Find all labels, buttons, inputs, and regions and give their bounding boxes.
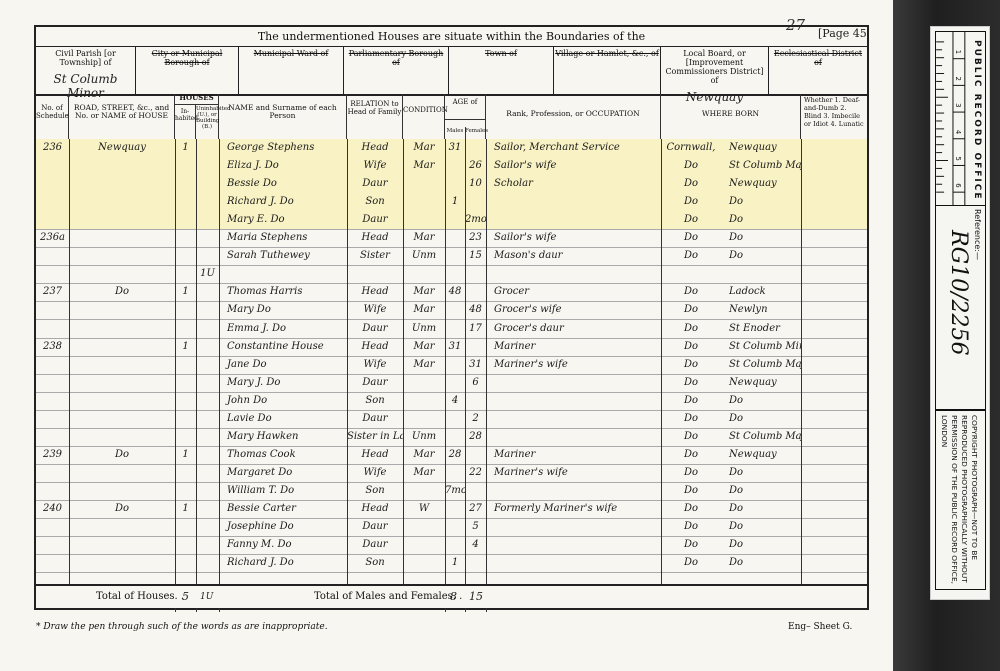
cell-occupation: Grocer's wife: [486, 301, 661, 319]
cell-occupation: [486, 554, 661, 572]
cell-female: [465, 338, 486, 356]
cell-place: Do: [721, 500, 801, 518]
cell-male: 31: [445, 139, 465, 157]
table-row: Lavie DoDaur2DoDo: [36, 410, 867, 429]
town-label: Town of: [449, 46, 553, 58]
cell-inh: 1: [175, 446, 196, 464]
cell-unin: [196, 157, 219, 175]
cell-unin: [196, 554, 219, 572]
cell-schedule: [36, 356, 69, 374]
table-row: Fanny M. DoDaur4DoDo: [36, 536, 867, 555]
cell-place: Newquay: [721, 446, 801, 464]
cell-male: 1: [445, 554, 465, 572]
cell-relation: Head: [347, 446, 403, 464]
cell-condition: Mar: [403, 283, 445, 301]
cell-county: Do: [661, 554, 721, 572]
cell-road: [69, 338, 175, 356]
divider: [196, 139, 197, 612]
copyright-notice: COPYRIGHT PHOTOGRAPH—NOT TO BE REPRODUCE…: [939, 415, 979, 585]
cell-name: Jane Do: [219, 356, 347, 374]
cell-schedule: 240: [36, 500, 69, 518]
cell-place: Do: [721, 410, 801, 428]
cell-male: [445, 229, 465, 247]
col-name: NAME and Surname of each Person: [219, 94, 347, 139]
cell-road: [69, 518, 175, 536]
cell-condition: Mar: [403, 446, 445, 464]
town-cell: Town of: [449, 46, 554, 94]
cell-unin: [196, 283, 219, 301]
cell-place: St Enoder: [721, 320, 801, 338]
col-occupation: Rank, Profession, or OCCUPATION: [486, 94, 661, 139]
cell-name: Mary J. Do: [219, 374, 347, 392]
svg-text:6: 6: [954, 183, 962, 187]
divider: [445, 139, 446, 612]
cell-female: 17: [465, 320, 486, 338]
cell-relation: Son: [347, 482, 403, 500]
cell-place: Do: [721, 392, 801, 410]
cell-schedule: 239: [36, 446, 69, 464]
cell-road: [69, 428, 175, 446]
cell-relation: Daur: [347, 410, 403, 428]
cell-relation: Wife: [347, 157, 403, 175]
cell-place: Newquay: [721, 175, 801, 193]
copyright-box: COPYRIGHT PHOTOGRAPH—NOT TO BE REPRODUCE…: [935, 410, 986, 590]
table-row: Bessie DoDaur10ScholarDoNewquay: [36, 175, 867, 194]
cell-condition: [403, 374, 445, 392]
reference-box: Reference:— RG10/2256: [935, 205, 986, 410]
cell-unin: 1U: [196, 265, 219, 283]
cell-relation: Sister in Law: [347, 428, 403, 446]
cell-place: Newquay: [721, 139, 801, 157]
cell-relation: Head: [347, 139, 403, 157]
cell-condition: [403, 410, 445, 428]
cell-male: [445, 536, 465, 554]
cell-male: [445, 410, 465, 428]
reference-label: Reference:—: [973, 209, 982, 260]
cell-condition: [403, 211, 445, 229]
cell-county: Do: [661, 464, 721, 482]
table-row: Richard J. DoSon1DoDo: [36, 193, 867, 212]
cell-condition: [403, 193, 445, 211]
table-row: Mary HawkenSister in LawUnm28DoSt Columb…: [36, 428, 867, 447]
cell-inh: [175, 518, 196, 536]
cell-name: Richard J. Do: [219, 193, 347, 211]
parliamentary-borough-cell: Parliamentary Borough of: [344, 46, 449, 94]
cell-condition: Mar: [403, 139, 445, 157]
cell-schedule: [36, 320, 69, 338]
table-row: Eliza J. DoWifeMar26Sailor's wifeDoSt Co…: [36, 157, 867, 176]
cell-unin: [196, 356, 219, 374]
cell-place: Do: [721, 229, 801, 247]
table-row: Josephine DoDaur5DoDo: [36, 518, 867, 537]
divider: [69, 139, 70, 590]
table-row: Jane DoWifeMar31Mariner's wifeDoSt Colum…: [36, 356, 867, 375]
cell-male: [445, 175, 465, 193]
cell-condition: Mar: [403, 356, 445, 374]
cell-condition: Unm: [403, 428, 445, 446]
cell-inh: [175, 211, 196, 229]
cell-male: [445, 500, 465, 518]
cell-place: Do: [721, 247, 801, 265]
village-label: Village or Hamlet, &c., of: [554, 46, 660, 58]
cell-male: [445, 428, 465, 446]
cell-relation: Wife: [347, 464, 403, 482]
cell-inh: [175, 356, 196, 374]
col-condition: CONDITION: [403, 94, 445, 139]
cell-road: [69, 247, 175, 265]
cell-unin: [196, 229, 219, 247]
table-row: 237Do1Thomas HarrisHeadMar48GrocerDoLado…: [36, 283, 867, 302]
cell-occupation: Grocer: [486, 283, 661, 301]
table-row: Emma J. DoDaurUnm17Grocer's daurDoSt Eno…: [36, 320, 867, 339]
table-row: Mary E. DoDaur2moDoDo: [36, 211, 867, 230]
cell-road: [69, 320, 175, 338]
cell-name: Richard J. Do: [219, 554, 347, 572]
females-label: Females: [465, 127, 486, 139]
cell-county: Do: [661, 229, 721, 247]
cell-place: St Columb Major: [721, 356, 801, 374]
cell-inh: [175, 175, 196, 193]
table-row: Mary DoWifeMar48Grocer's wifeDoNewlyn: [36, 301, 867, 320]
uninhabited-label: Uninhabited (U.), or Building (B.): [196, 105, 218, 140]
cell-inh: [175, 392, 196, 410]
cell-schedule: 236: [36, 139, 69, 157]
cell-unin: [196, 139, 219, 157]
cell-name: Mary Do: [219, 301, 347, 319]
cell-name: Thomas Harris: [219, 283, 347, 301]
cell-name: Emma J. Do: [219, 320, 347, 338]
cell-female: 23: [465, 229, 486, 247]
cell-schedule: [36, 464, 69, 482]
cell-female: [465, 283, 486, 301]
cell-male: 28: [445, 446, 465, 464]
table-row: 236Newquay1George StephensHeadMar31Sailo…: [36, 139, 867, 158]
cell-female: [465, 139, 486, 157]
cell-inh: [175, 320, 196, 338]
cell-inh: [175, 229, 196, 247]
svg-text:3: 3: [954, 103, 962, 107]
cell-schedule: [36, 193, 69, 211]
cell-occupation: [486, 265, 661, 283]
total-males: 8: [450, 586, 457, 608]
public-record-office-strip: 1 2 3 4 5 6 PUBLIC RECORD OFFICE Referen…: [930, 26, 990, 600]
cell-county: Do: [661, 500, 721, 518]
cell-road: [69, 536, 175, 554]
divider: [175, 139, 176, 612]
cell-unin: [196, 500, 219, 518]
borough-label: City or Municipal Borough of: [136, 46, 238, 67]
cell-county: Do: [661, 518, 721, 536]
cell-unin: [196, 428, 219, 446]
col-schedule: No. of Schedule: [36, 94, 69, 139]
cell-county: Do: [661, 410, 721, 428]
cell-occupation: [486, 482, 661, 500]
cell-condition: Unm: [403, 247, 445, 265]
cell-female: [465, 265, 486, 283]
cell-unin: [196, 247, 219, 265]
cell-road: [69, 464, 175, 482]
ward-label: Municipal Ward of: [239, 46, 343, 58]
cell-place: St Columb Major: [721, 428, 801, 446]
cell-unin: [196, 482, 219, 500]
cell-unin: [196, 518, 219, 536]
total-females: 15: [469, 586, 483, 608]
cell-male: [445, 211, 465, 229]
cell-name: John Do: [219, 392, 347, 410]
cell-county: Do: [661, 157, 721, 175]
cell-unin: [196, 338, 219, 356]
cell-place: Newlyn: [721, 301, 801, 319]
cell-schedule: [36, 554, 69, 572]
cell-relation: Daur: [347, 320, 403, 338]
cell-schedule: 238: [36, 338, 69, 356]
total-houses-label: Total of Houses. .: [96, 586, 184, 608]
cell-county: [661, 265, 721, 283]
cell-inh: [175, 157, 196, 175]
col-age: AGE of Males Females: [445, 94, 486, 139]
cell-female: 2: [465, 410, 486, 428]
divider: [801, 139, 802, 590]
cell-condition: W: [403, 500, 445, 518]
cell-county: Do: [661, 193, 721, 211]
cell-schedule: 236a: [36, 229, 69, 247]
cell-road: [69, 193, 175, 211]
cell-occupation: Mariner's wife: [486, 356, 661, 374]
total-houses-inhabited: 5: [182, 586, 189, 608]
cell-name: Thomas Cook: [219, 446, 347, 464]
cell-inh: [175, 428, 196, 446]
cell-name: Bessie Do: [219, 175, 347, 193]
cell-female: 48: [465, 301, 486, 319]
cell-schedule: [36, 536, 69, 554]
census-page: 27 [Page 45 The undermentioned Houses ar…: [0, 0, 893, 671]
cell-county: Do: [661, 356, 721, 374]
total-houses-uninhabited: 1U: [200, 586, 213, 608]
cell-place: [721, 265, 801, 283]
reference-value: RG10/2256: [946, 230, 971, 356]
cell-occupation: Formerly Mariner's wife: [486, 500, 661, 518]
cell-road: [69, 265, 175, 283]
table-row: 239Do1Thomas CookHeadMar28MarinerDoNewqu…: [36, 446, 867, 465]
cell-occupation: [486, 193, 661, 211]
cell-unin: [196, 446, 219, 464]
civil-parish-cell: Civil Parish [or Township] of St Columb …: [36, 46, 136, 94]
cell-female: [465, 446, 486, 464]
boundary-banner: The undermentioned Houses are situate wi…: [36, 27, 867, 47]
cell-inh: [175, 301, 196, 319]
divider: [465, 139, 466, 612]
cell-schedule: [36, 392, 69, 410]
ruler-box: 1 2 3 4 5 6 PUBLIC RECORD OFFICE: [935, 31, 986, 206]
cell-name: Sarah Tuthewey: [219, 247, 347, 265]
cell-name: Constantine House: [219, 338, 347, 356]
males-label: Males: [445, 127, 466, 139]
col-where-born: WHERE BORN: [661, 94, 801, 139]
cell-unin: [196, 320, 219, 338]
parliamentary-borough-label: Parliamentary Borough of: [344, 46, 448, 67]
inhabited-label: In-habited: [175, 105, 196, 139]
cell-inh: 1: [175, 338, 196, 356]
table-row: Sarah TutheweySisterUnm15Mason's daurDoD…: [36, 247, 867, 266]
cell-male: 31: [445, 338, 465, 356]
cell-occupation: [486, 518, 661, 536]
cell-name: [219, 265, 347, 283]
cell-county: Do: [661, 211, 721, 229]
cell-relation: Daur: [347, 175, 403, 193]
census-rows: 236Newquay1George StephensHeadMar31Sailo…: [36, 139, 867, 591]
cell-name: William T. Do: [219, 482, 347, 500]
cell-inh: [175, 554, 196, 572]
cell-female: [465, 193, 486, 211]
cell-road: [69, 392, 175, 410]
cell-road: [69, 356, 175, 374]
cell-road: [69, 229, 175, 247]
cell-female: 31: [465, 356, 486, 374]
cell-road: Newquay: [69, 139, 175, 157]
cell-occupation: [486, 211, 661, 229]
cell-county: Do: [661, 320, 721, 338]
cell-unin: [196, 410, 219, 428]
cell-male: [445, 247, 465, 265]
cell-county: Do: [661, 428, 721, 446]
cell-county: Do: [661, 446, 721, 464]
table-row: William T. DoSon7moDoDo: [36, 482, 867, 501]
cell-place: St Columb Major: [721, 157, 801, 175]
cell-schedule: [36, 374, 69, 392]
cell-county: Do: [661, 374, 721, 392]
cell-inh: 1: [175, 283, 196, 301]
cell-inh: [175, 464, 196, 482]
cell-male: [445, 518, 465, 536]
cell-condition: [403, 392, 445, 410]
cell-occupation: [486, 374, 661, 392]
cell-county: Do: [661, 301, 721, 319]
cell-unin: [196, 464, 219, 482]
cell-road: [69, 554, 175, 572]
civil-parish-label: Civil Parish [or Township] of: [36, 46, 135, 67]
cell-name: Margaret Do: [219, 464, 347, 482]
houses-label: HOUSES: [175, 94, 218, 105]
ward-cell: Municipal Ward of: [239, 46, 344, 94]
cell-county: Do: [661, 175, 721, 193]
cell-inh: [175, 536, 196, 554]
divider: [219, 139, 220, 612]
cell-male: 48: [445, 283, 465, 301]
cell-relation: Daur: [347, 536, 403, 554]
cell-schedule: [36, 157, 69, 175]
cell-female: [465, 554, 486, 572]
svg-text:1: 1: [954, 50, 962, 54]
cell-place: Do: [721, 536, 801, 554]
cell-condition: [403, 536, 445, 554]
cell-condition: Mar: [403, 157, 445, 175]
cell-condition: [403, 518, 445, 536]
cell-male: [445, 157, 465, 175]
cell-inh: [175, 247, 196, 265]
cell-county: Do: [661, 536, 721, 554]
cell-occupation: Mason's daur: [486, 247, 661, 265]
cell-name: Bessie Carter: [219, 500, 347, 518]
cell-female: 15: [465, 247, 486, 265]
cell-female: 10: [465, 175, 486, 193]
cell-condition: Mar: [403, 464, 445, 482]
cell-inh: 1: [175, 139, 196, 157]
cell-place: Do: [721, 464, 801, 482]
sheet-code: Eng– Sheet G.: [788, 622, 852, 632]
cell-place: Do: [721, 554, 801, 572]
cell-unin: [196, 211, 219, 229]
cell-unin: [196, 175, 219, 193]
cell-female: 26: [465, 157, 486, 175]
cell-relation: Daur: [347, 211, 403, 229]
cell-name: Mary Hawken: [219, 428, 347, 446]
col-road: ROAD, STREET, &c., and No. or NAME of HO…: [69, 94, 175, 139]
cell-condition: Mar: [403, 229, 445, 247]
cell-male: [445, 320, 465, 338]
cell-unin: [196, 392, 219, 410]
cell-occupation: [486, 428, 661, 446]
cell-relation: Daur: [347, 518, 403, 536]
table-row: 2381Constantine HouseHeadMar31MarinerDoS…: [36, 338, 867, 357]
ecclesiastical-cell: Ecclesiastical District of: [769, 46, 867, 94]
cell-female: 2mo: [465, 211, 486, 229]
cell-male: [445, 356, 465, 374]
cell-male: 7mo: [445, 482, 465, 500]
cell-place: Newquay: [721, 374, 801, 392]
cell-condition: [403, 554, 445, 572]
cell-condition: [403, 482, 445, 500]
cell-road: [69, 157, 175, 175]
cell-name: Mary E. Do: [219, 211, 347, 229]
cell-name: Maria Stephens: [219, 229, 347, 247]
cell-male: [445, 265, 465, 283]
col-disability: Whether 1. Deaf-and-Dumb 2. Blind 3. Imb…: [801, 94, 867, 139]
cell-male: 4: [445, 392, 465, 410]
cell-relation: Daur: [347, 374, 403, 392]
cell-occupation: Mariner's wife: [486, 464, 661, 482]
cell-occupation: Mariner: [486, 338, 661, 356]
cell-relation: Head: [347, 229, 403, 247]
table-row: 1U: [36, 265, 867, 284]
cell-place: St Columb Minor: [721, 338, 801, 356]
cell-male: 1: [445, 193, 465, 211]
cell-schedule: [36, 410, 69, 428]
ecclesiastical-label: Ecclesiastical District of: [769, 46, 867, 67]
village-cell: Village or Hamlet, &c., of: [554, 46, 661, 94]
cell-county: Cornwall,: [661, 139, 721, 157]
cell-relation: Son: [347, 392, 403, 410]
cell-condition: [403, 265, 445, 283]
divider: [661, 139, 662, 590]
cell-inh: [175, 265, 196, 283]
cell-relation: Wife: [347, 356, 403, 374]
cell-inh: [175, 482, 196, 500]
cell-occupation: Sailor's wife: [486, 229, 661, 247]
table-row: 236aMaria StephensHeadMar23Sailor's wife…: [36, 229, 867, 248]
divider: [403, 139, 404, 590]
borough-cell: City or Municipal Borough of: [136, 46, 239, 94]
table-row: John DoSon4DoDo: [36, 392, 867, 411]
table-row: Mary J. DoDaur6DoNewquay: [36, 374, 867, 393]
cell-male: [445, 374, 465, 392]
pro-title: PUBLIC RECORD OFFICE: [972, 40, 982, 201]
cell-road: [69, 211, 175, 229]
cell-condition: Mar: [403, 301, 445, 319]
cell-place: Do: [721, 211, 801, 229]
census-form: The undermentioned Houses are situate wi…: [34, 25, 869, 610]
cell-schedule: [36, 518, 69, 536]
cell-relation: [347, 265, 403, 283]
